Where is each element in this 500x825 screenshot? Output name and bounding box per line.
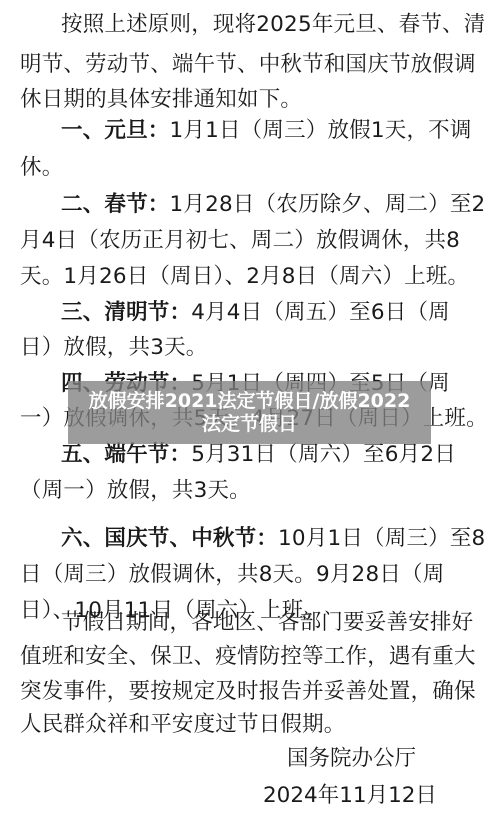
closing-line-2: 值班和安全、保卫、疫情防控等工作，遇有重大 <box>20 642 476 672</box>
intro-line-1: 按照上述原则，现将2025年元旦、春节、清 <box>61 10 485 40</box>
item-text: 4月4日（周五）至6日（周 <box>191 300 450 325</box>
title-overlay-banner: 放假安排2021法定节假日/放假2022法定节假日 <box>68 381 431 444</box>
item-heading: 三、清明节： <box>61 300 191 325</box>
item-heading: 一、元旦： <box>61 118 170 143</box>
item-text: 5月31日（周六）至6月2日 <box>191 442 456 467</box>
item-dragon-boat-cont: （周一）放假，共3天。 <box>20 476 251 506</box>
issuer-name: 国务院办公厅 <box>287 744 416 774</box>
item-text: 10月1日（周三）至8 <box>278 526 485 551</box>
item-text: 1月28日（农历除夕、周二）至2 <box>170 192 486 217</box>
item-new-year: 一、元旦：1月1日（周三）放假1天，不调 <box>61 116 472 146</box>
item-spring-festival: 二、春节：1月28日（农历除夕、周二）至2 <box>61 190 485 220</box>
item-qingming-cont: 日）放假，共3天。 <box>20 333 207 363</box>
item-new-year-cont: 休。 <box>20 153 63 183</box>
item-heading: 六、国庆节、中秋节： <box>61 526 278 551</box>
overlay-title: 放假安排2021法定节假日/放假2022法定节假日 <box>80 390 420 436</box>
item-qingming: 三、清明节：4月4日（周五）至6日（周 <box>61 298 450 328</box>
item-dragon-boat: 五、端午节：5月31日（周六）至6月2日 <box>61 440 456 470</box>
item-heading: 五、端午节： <box>61 442 191 467</box>
item-spring-festival-cont-1: 月4日（农历正月初七、周二）放假调休，共8 <box>20 226 460 256</box>
intro-line-2: 明节、劳动节、端午节、中秋节和国庆节放假调 <box>20 50 476 80</box>
item-text: 1月1日（周三）放假1天，不调 <box>170 118 472 143</box>
item-national-day: 六、国庆节、中秋节：10月1日（周三）至8 <box>61 524 485 554</box>
item-heading: 二、春节： <box>61 192 170 217</box>
intro-line-3: 休日期的具体安排通知如下。 <box>20 85 302 115</box>
closing-line-4: 人民群众祥和平安度过节日假期。 <box>20 710 346 740</box>
item-spring-festival-cont-2: 天。1月26日（周日）、2月8日（周六）上班。 <box>20 262 469 292</box>
closing-line-3: 突发事件，要按规定及时报告并妥善处置，确保 <box>20 677 476 707</box>
item-national-day-cont-1: 日（周三）放假调休，共8天。9月28日（周 <box>20 560 444 590</box>
issue-date: 2024年11月12日 <box>263 781 437 811</box>
closing-line-1: 节假日期间，各地区、各部门要妥善安排好 <box>61 608 473 638</box>
